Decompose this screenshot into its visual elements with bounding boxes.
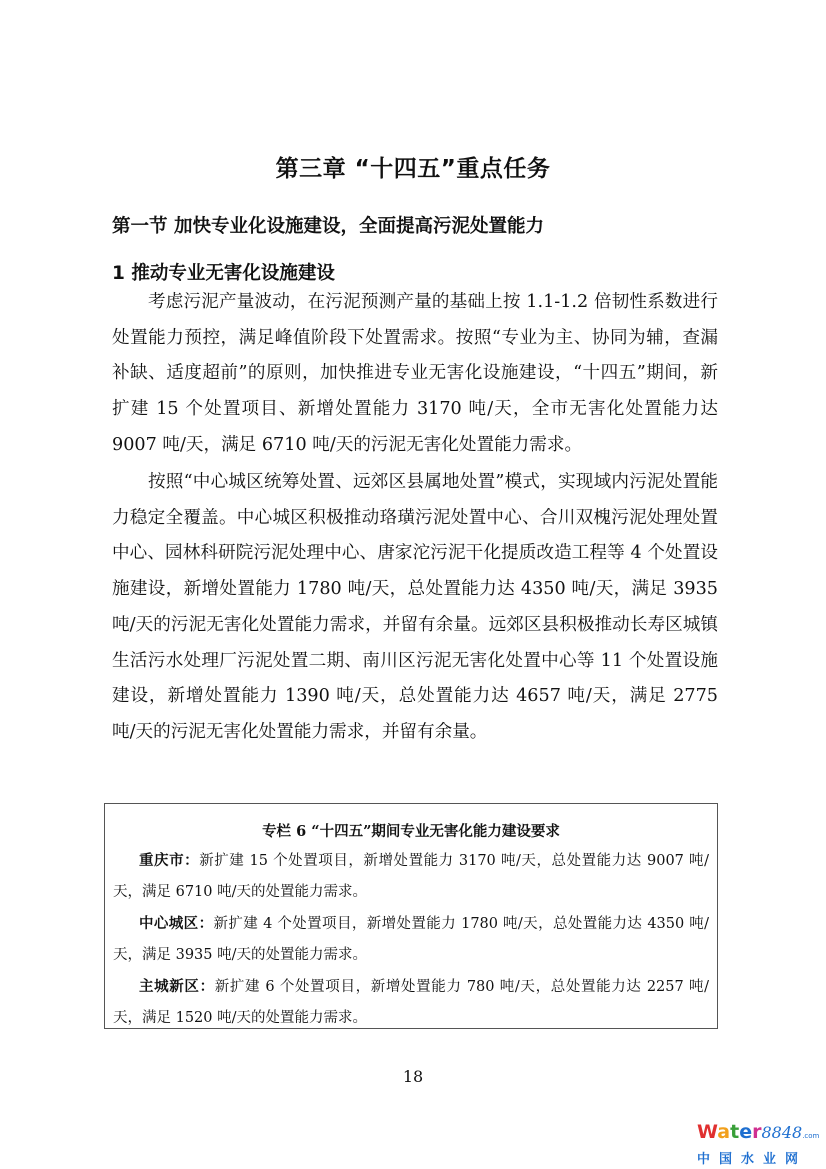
chapter-title: 第三章 “十四五”重点任务 <box>0 150 826 183</box>
section-title: 第一节 加快专业化设施建设，全面提高污泥处置能力 <box>112 212 544 238</box>
item-lead: 中心城区： <box>139 915 213 932</box>
item-lead: 主城新区： <box>139 978 215 995</box>
info-box-item-chongqing: 重庆市：新扩建 15 个处置项目，新增处置能力 3170 吨/天，总处置能力达 … <box>113 845 709 908</box>
page-number: 18 <box>0 1067 826 1086</box>
item-text: 新扩建 15 个处置项目，新增处置能力 3170 吨/天，总处置能力达 9007… <box>113 853 709 900</box>
paragraph-regional-disposal: 按照“中心城区统筹处置、远郊区县属地处置”模式，实现域内污泥处置能力稳定全覆盖。… <box>112 465 718 751</box>
item-lead: 重庆市： <box>139 852 199 869</box>
watermark-logo: Water8848.com 中国水业网 <box>697 1122 817 1167</box>
info-box-title: 专栏 6 “十四五”期间专业无害化能力建设要求 <box>105 820 717 841</box>
info-box-item-central-district: 中心城区：新扩建 4 个处置项目，新增处置能力 1780 吨/天，总处置能力达 … <box>113 908 709 971</box>
watermark-brand: Water8848.com <box>697 1122 817 1146</box>
subsection-title: 1 推动专业无害化设施建设 <box>112 259 335 285</box>
info-box-item-new-district: 主城新区：新扩建 6 个处置项目，新增处置能力 780 吨/天，总处置能力达 2… <box>113 971 709 1034</box>
info-box-column-6: 专栏 6 “十四五”期间专业无害化能力建设要求 重庆市：新扩建 15 个处置项目… <box>104 803 718 1029</box>
paragraph-capacity-planning: 考虑污泥产量波动，在污泥预测产量的基础上按 1.1-1.2 倍韧性系数进行处置能… <box>112 285 718 464</box>
watermark-subtitle: 中国水业网 <box>697 1148 817 1167</box>
